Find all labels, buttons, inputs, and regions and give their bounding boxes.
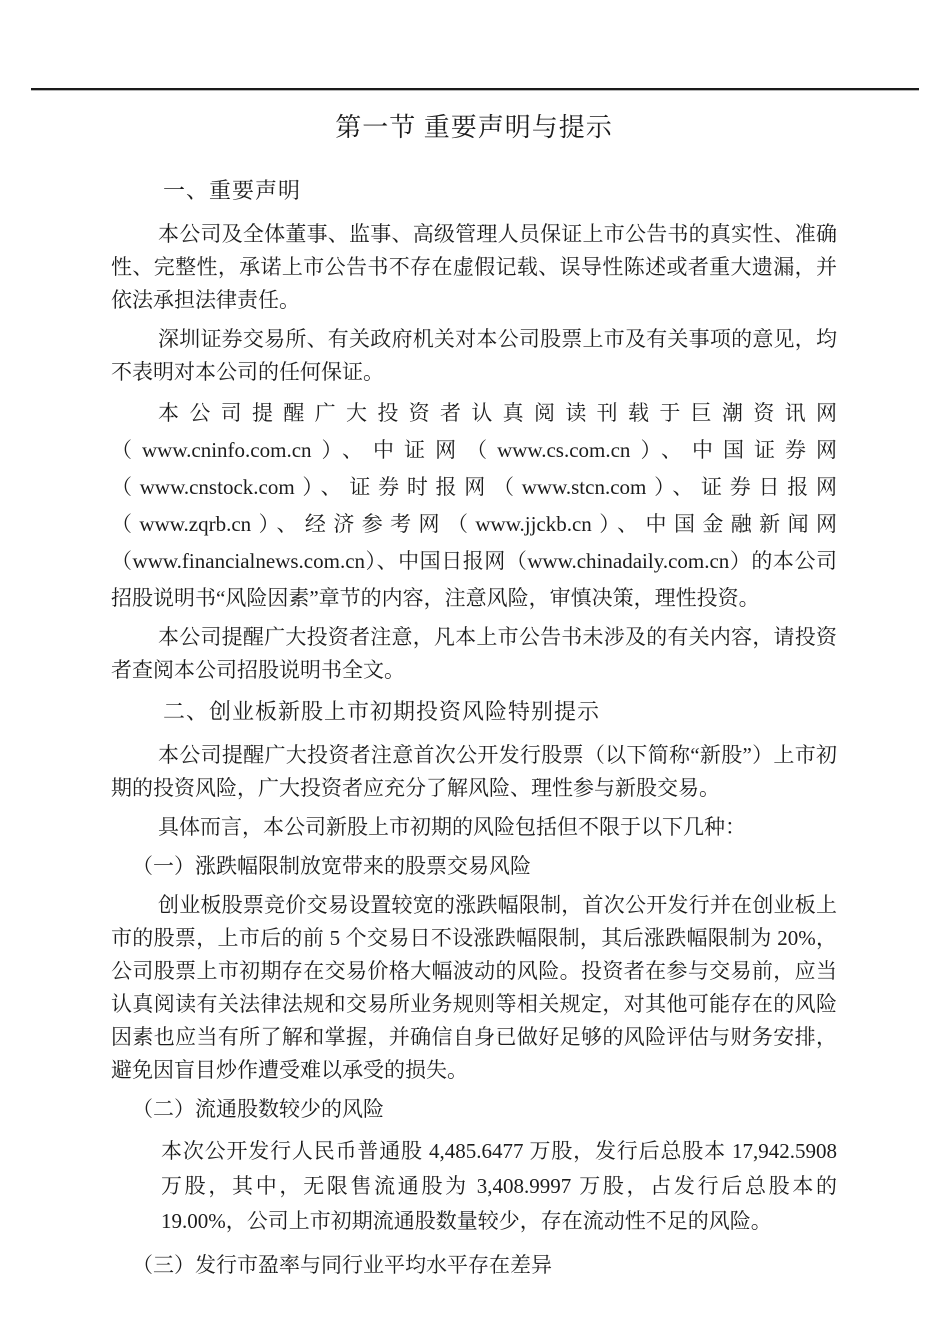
- paragraph-read-full-prospectus: 本公司提醒广大投资者注意，凡本上市公告书未涉及的有关内容，请投资者查阅本公司招股…: [111, 621, 837, 687]
- paragraph-prospectus-websites: 本公司提醒广大投资者认真阅读刊载于巨潮资讯网（www.cninfo.com.cn…: [111, 395, 837, 617]
- paragraph-risk-lead-in: 具体而言，本公司新股上市初期的风险包括但不限于以下几种：: [111, 811, 837, 844]
- paragraph-new-share-risk-intro: 本公司提醒广大投资者注意首次公开发行股票（以下简称“新股”）上市初期的投资风险，…: [111, 739, 837, 805]
- subsection-heading-price-limit-risk: （一）涨跌幅限制放宽带来的股票交易风险: [111, 850, 837, 883]
- subsection-heading-float-shares-risk: （二）流通股数较少的风险: [111, 1093, 837, 1126]
- header-divider-line: [31, 88, 919, 91]
- paragraph-float-shares-risk: 本次公开发行人民币普通股 4,485.6477 万股，发行后总股本 17,942…: [111, 1134, 837, 1239]
- section-heading-risk-notice: 二、创业板新股上市初期投资风险特别提示: [111, 699, 837, 725]
- page-title: 第一节 重要声明与提示: [111, 113, 837, 143]
- section-heading-important-statement: 一、重要声明: [111, 178, 837, 204]
- paragraph-price-limit-risk: 创业板股票竞价交易设置较宽的涨跌幅限制，首次公开发行并在创业板上市的股票，上市后…: [111, 889, 837, 1087]
- page-content: 第一节 重要声明与提示 一、重要声明 本公司及全体董事、监事、高级管理人员保证上…: [0, 113, 950, 1282]
- document-page: 第一节 重要声明与提示 一、重要声明 本公司及全体董事、监事、高级管理人员保证上…: [0, 0, 950, 1344]
- paragraph-statement-guarantee: 本公司及全体董事、监事、高级管理人员保证上市公告书的真实性、准确性、完整性，承诺…: [111, 218, 837, 317]
- subsection-heading-pe-ratio-difference: （三）发行市盈率与同行业平均水平存在差异: [111, 1249, 837, 1282]
- paragraph-exchange-opinion: 深圳证券交易所、有关政府机关对本公司股票上市及有关事项的意见，均不表明对本公司的…: [111, 323, 837, 389]
